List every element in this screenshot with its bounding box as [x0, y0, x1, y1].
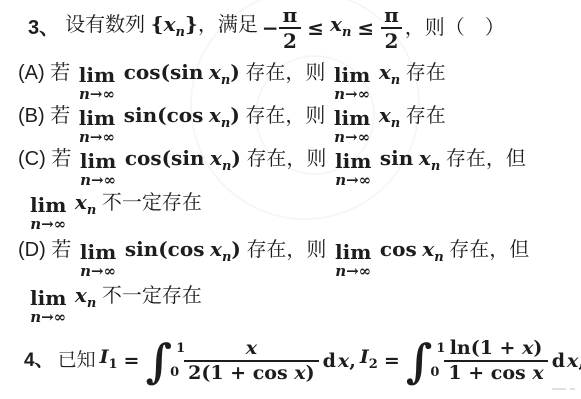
option-b: (B) 若 limn→∞ sin(cos xn) 存在，则 limn→∞ xn …: [18, 103, 446, 145]
x-sub-n: xn: [209, 62, 230, 84]
x-sub-n: xn: [75, 285, 96, 307]
tail-text: 存在: [406, 62, 446, 84]
x-sub-n: xn: [330, 12, 351, 45]
option-c-continuation: limn→∞ xn 不一定存在: [30, 190, 202, 232]
cont-tail-text: 不一定存在: [102, 285, 202, 307]
sin-fn: sin: [380, 146, 413, 170]
x-sub-n: xn: [379, 62, 400, 84]
mid-text: 存在，则: [245, 62, 325, 84]
fraction-x-over-2-1-plus-cosx: x 2(1 + cos x): [184, 338, 318, 385]
tail-text: 存在，但: [449, 239, 529, 261]
limit-block: limn→∞: [30, 195, 66, 232]
limit-block: limn→∞: [334, 108, 370, 145]
dx-term: dx: [552, 349, 579, 374]
tail-text: 存在，但: [446, 148, 526, 170]
integral-0-1: ∫ 10: [145, 337, 182, 385]
mid-text: 存在，则: [246, 148, 326, 170]
cont-tail-text: 不一定存在: [102, 192, 202, 214]
ze-paren-text: ，则（ ）: [405, 16, 505, 40]
x-sub-n: xn: [422, 239, 443, 261]
fraction-pi-over-2: π 2: [279, 4, 302, 53]
x-sub-n: xn: [75, 192, 96, 214]
fn-close: ): [231, 146, 240, 170]
fn-open: sin(cos: [125, 237, 205, 261]
option-a-label: (A): [18, 62, 45, 84]
limit-block: limn→∞: [80, 242, 116, 279]
question-3-intro: 设有数列 {xn}，满足: [65, 12, 258, 45]
comma: ,: [349, 349, 356, 373]
fn-close: ): [231, 237, 240, 261]
option-d: (D) 若 limn→∞ sin(cos xn) 存在，则 limn→∞ cos…: [18, 237, 529, 279]
limit-block: limn→∞: [80, 151, 116, 188]
fn-open: cos(sin: [125, 146, 205, 170]
limit-block: limn→∞: [335, 151, 371, 188]
leq-sign: ≤: [357, 16, 374, 40]
limit-block: limn→∞: [79, 65, 115, 102]
x-sub-n: xn: [419, 148, 440, 170]
document: { "page": { "background": "#ffffff", "te…: [0, 0, 581, 399]
mid-text: 存在，则: [246, 239, 326, 261]
limit-block: limn→∞: [79, 108, 115, 145]
sequence-x-n: {xn}: [151, 14, 198, 36]
question-3-stem: 3、 设有数列 {xn}，满足 − π 2 ≤ xn ≤ π 2 ，则（ ）: [28, 2, 505, 54]
ruo-text: 若: [50, 62, 70, 84]
fn-open: sin(cos: [124, 103, 204, 127]
option-d-continuation: limn→∞ xn 不一定存在: [30, 283, 202, 325]
option-a: (A) 若 limn→∞ cos(sin xn) 存在，则 limn→∞ xn …: [18, 60, 446, 102]
integral-0-1: ∫ 10: [406, 337, 443, 385]
question-4-number: 4、: [24, 349, 54, 373]
leq-sign: ≤: [307, 16, 324, 40]
x-sub-n: xn: [379, 105, 400, 127]
minus-sign: −: [262, 16, 279, 40]
equals-sign: =: [124, 349, 140, 373]
option-c-label: (C): [18, 148, 46, 170]
limit-block: limn→∞: [335, 242, 371, 279]
mid-text: 存在，则: [245, 105, 325, 127]
fn-close: ): [230, 60, 239, 84]
option-b-label: (B): [18, 105, 45, 127]
limit-block: limn→∞: [334, 65, 370, 102]
limit-block: limn→∞: [30, 288, 66, 325]
x-sub-n: xn: [210, 148, 231, 170]
known-text: 已知: [58, 349, 96, 373]
x-sub-n: xn: [209, 105, 230, 127]
tail-text: 存在: [406, 105, 446, 127]
option-d-label: (D): [18, 239, 46, 261]
ruo-text: 若: [50, 105, 70, 127]
x-sub-n: xn: [210, 239, 231, 261]
dx-term: dx: [323, 349, 350, 374]
ruo-text: 若: [51, 239, 71, 261]
fn-open: cos(sin: [124, 60, 204, 84]
I-sub-2: I2: [360, 345, 378, 377]
cos-fn: cos: [380, 237, 417, 261]
question-3-number: 3、: [28, 16, 59, 40]
equals-sign: =: [384, 349, 400, 373]
fn-close: ): [230, 103, 239, 127]
fraction-pi-over-2: π 2: [380, 4, 403, 53]
I-sub-1: I1: [100, 345, 118, 377]
fraction-ln-over-1-plus-cosx: ln(1 + x) 1 + cos x: [444, 338, 547, 385]
manzu-text: ，满足: [198, 14, 258, 36]
ruo-text: 若: [51, 148, 71, 170]
option-c: (C) 若 limn→∞ cos(sin xn) 存在，则 limn→∞ sin…: [18, 146, 526, 188]
question-4-stem: 4、 已知 I1 = ∫ 10 x 2(1 + cos x) dx, I2 = …: [24, 326, 581, 396]
